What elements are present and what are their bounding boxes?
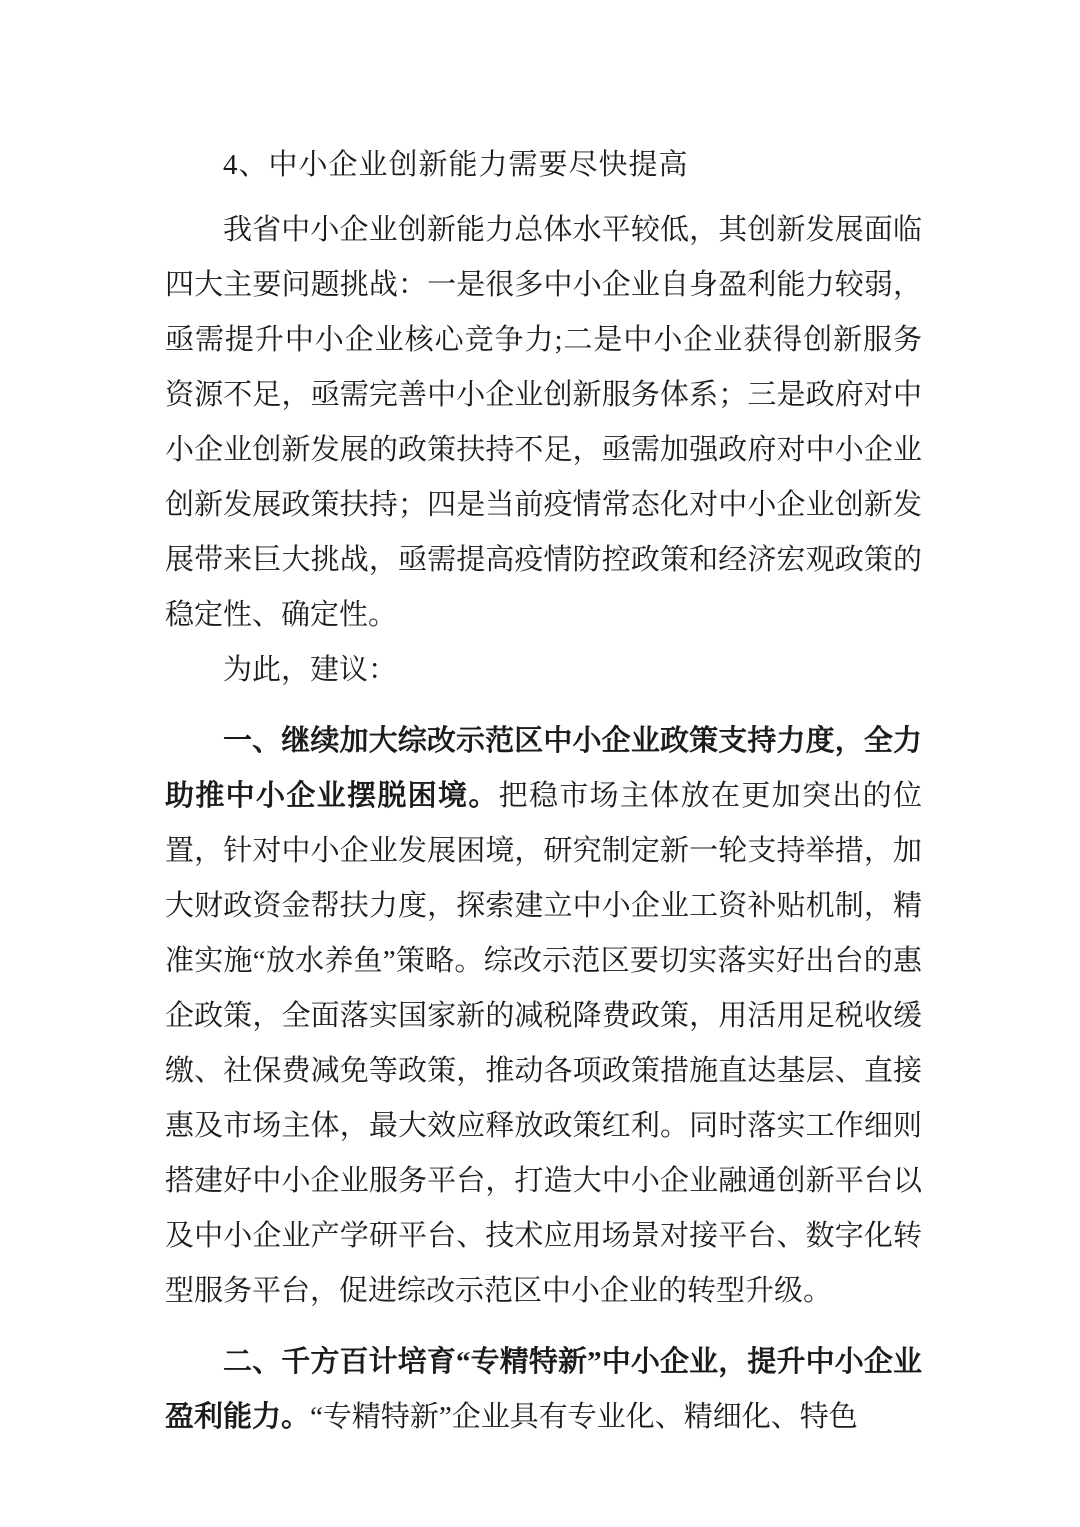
paragraph-lead-in: 为此，建议： xyxy=(165,643,922,698)
paragraph-text: 我省中小企业创新能力总体水平较低，其创新发展面临四大主要问题挑战：一是很多中小企… xyxy=(165,214,922,631)
recommendation-2-body: “专精特新”企业具有专业化、精细化、特色 xyxy=(310,1401,858,1433)
paragraph-problem-overview: 我省中小企业创新能力总体水平较低，其创新发展面临四大主要问题挑战：一是很多中小企… xyxy=(165,203,922,643)
paragraph-text: 为此，建议： xyxy=(223,654,397,686)
section-heading: 4、中小企业创新能力需要尽快提高 xyxy=(165,138,922,193)
recommendation-1-body: 把稳市场主体放在更加突出的位置，针对中小企业发展困境，研究制定新一轮支持举措，加… xyxy=(165,780,922,1307)
recommendation-1: 一、继续加大综改示范区中小企业政策支持力度，全力助推中小企业摆脱困境。把稳市场主… xyxy=(165,714,922,1319)
document-page: 4、中小企业创新能力需要尽快提高 我省中小企业创新能力总体水平较低，其创新发展面… xyxy=(0,0,1080,1527)
recommendation-2: 二、千方百计培育“专精特新”中小企业，提升中小企业盈利能力。“专精特新”企业具有… xyxy=(165,1335,922,1445)
